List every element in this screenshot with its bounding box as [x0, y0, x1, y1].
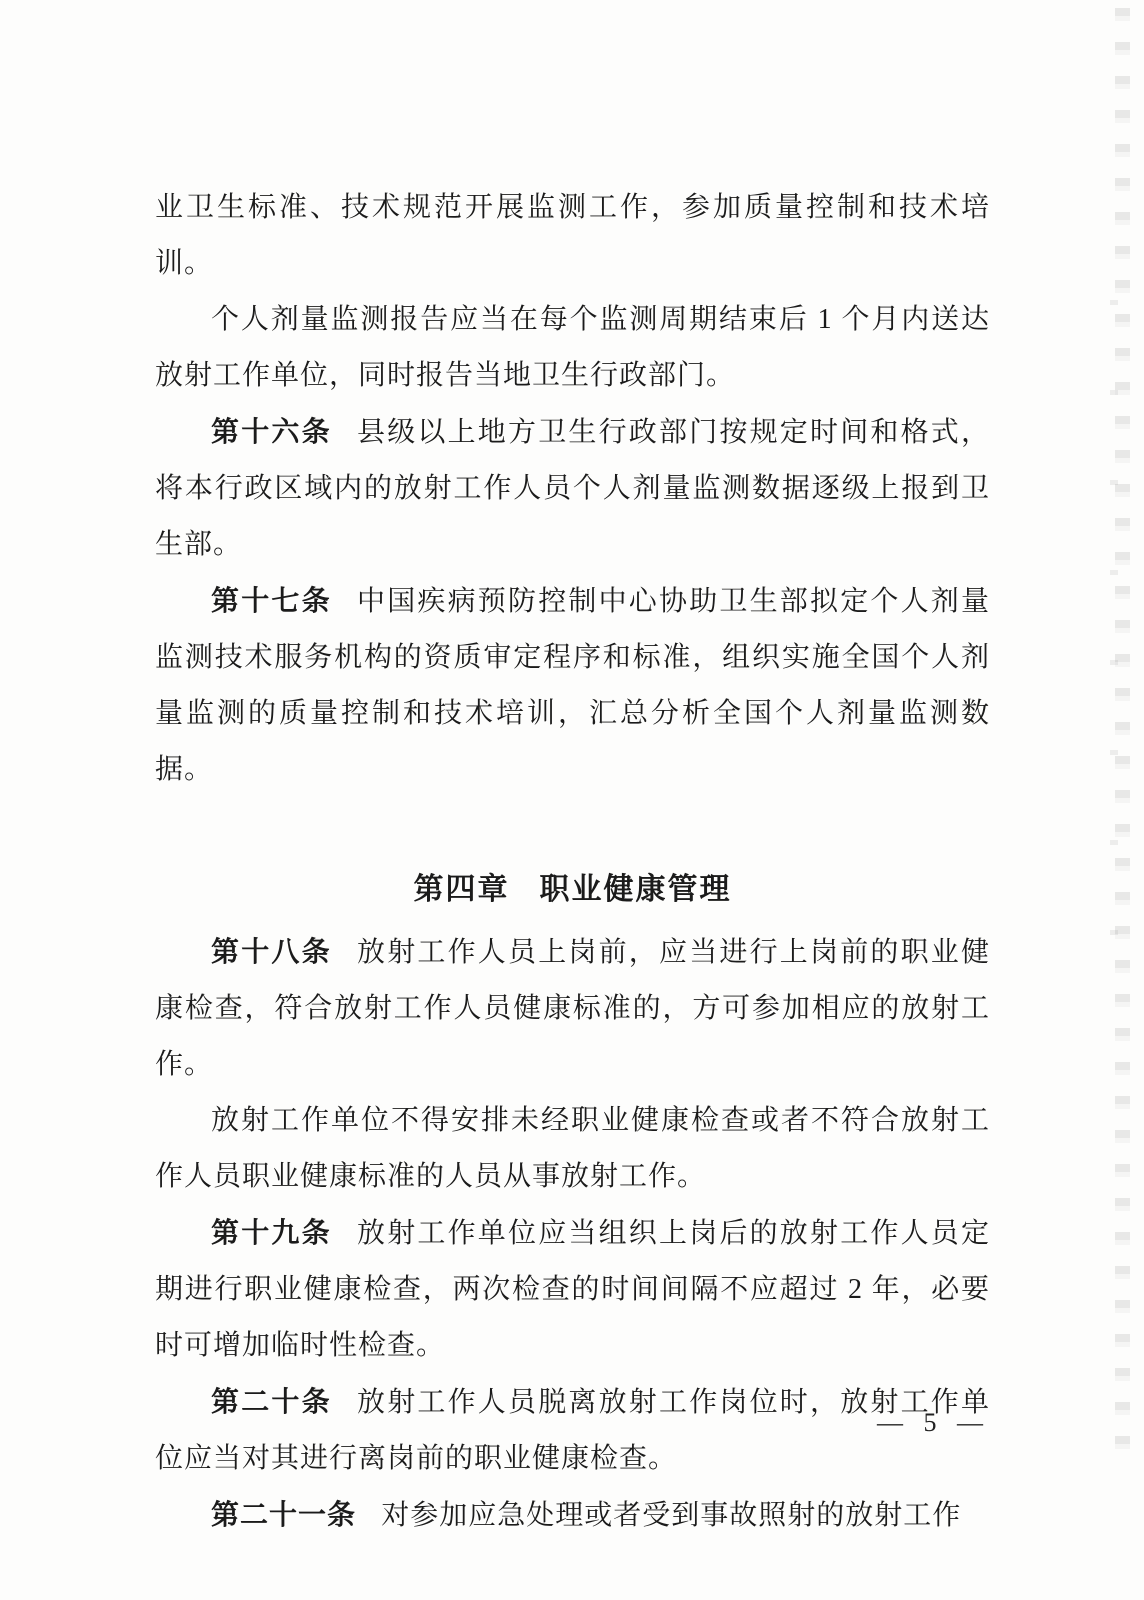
article-label-21: 第二十一条 — [211, 1499, 356, 1530]
article-paragraph-20: 第二十条放射工作人员脱离放射工作岗位时，放射工作单位应当对其进行离岗前的职业健康… — [155, 1374, 990, 1487]
scan-edge-artifacts-secondary — [1110, 300, 1118, 1000]
article-paragraph-21: 第二十一条对参加应急处理或者受到事故照射的放射工作 — [155, 1487, 990, 1544]
chapter-number: 第四章 — [414, 873, 510, 906]
chapter-heading: 第四章职业健康管理 — [155, 862, 990, 918]
document-body: 业卫生标准、技术规范开展监测工作，参加质量控制和技术培训。 个人剂量监测报告应当… — [155, 180, 990, 1544]
chapter-title: 职业健康管理 — [540, 873, 732, 906]
document-page: 业卫生标准、技术规范开展监测工作，参加质量控制和技术培训。 个人剂量监测报告应当… — [0, 0, 1144, 1600]
body-paragraph: 个人剂量监测报告应当在每个监测周期结束后 1 个月内送达放射工作单位，同时报告当… — [155, 292, 990, 404]
page-number: — 5 — — [877, 1408, 990, 1438]
article-label-18: 第十八条 — [211, 936, 332, 967]
article-paragraph-19: 第十九条放射工作单位应当组织上岗后的放射工作人员定期进行职业健康检查，两次检查的… — [155, 1205, 990, 1374]
article-paragraph-18: 第十八条放射工作人员上岗前，应当进行上岗前的职业健康检查，符合放射工作人员健康标… — [155, 924, 990, 1093]
article-text-21: 对参加应急处理或者受到事故照射的放射工作 — [381, 1500, 961, 1531]
article-label-20: 第二十条 — [211, 1386, 332, 1417]
body-paragraph: 放射工作单位不得安排未经职业健康检查或者不符合放射工作人员职业健康标准的人员从事… — [155, 1093, 990, 1205]
article-label-16: 第十六条 — [211, 416, 332, 447]
article-label-17: 第十七条 — [211, 585, 332, 616]
article-paragraph-17: 第十七条中国疾病预防控制中心协助卫生部拟定个人剂量监测技术服务机构的资质审定程序… — [155, 573, 990, 798]
article-label-19: 第十九条 — [211, 1217, 332, 1248]
body-paragraph-continuation: 业卫生标准、技术规范开展监测工作，参加质量控制和技术培训。 — [155, 180, 990, 292]
article-paragraph-16: 第十六条县级以上地方卫生行政部门按规定时间和格式，将本行政区域内的放射工作人员个… — [155, 404, 990, 573]
